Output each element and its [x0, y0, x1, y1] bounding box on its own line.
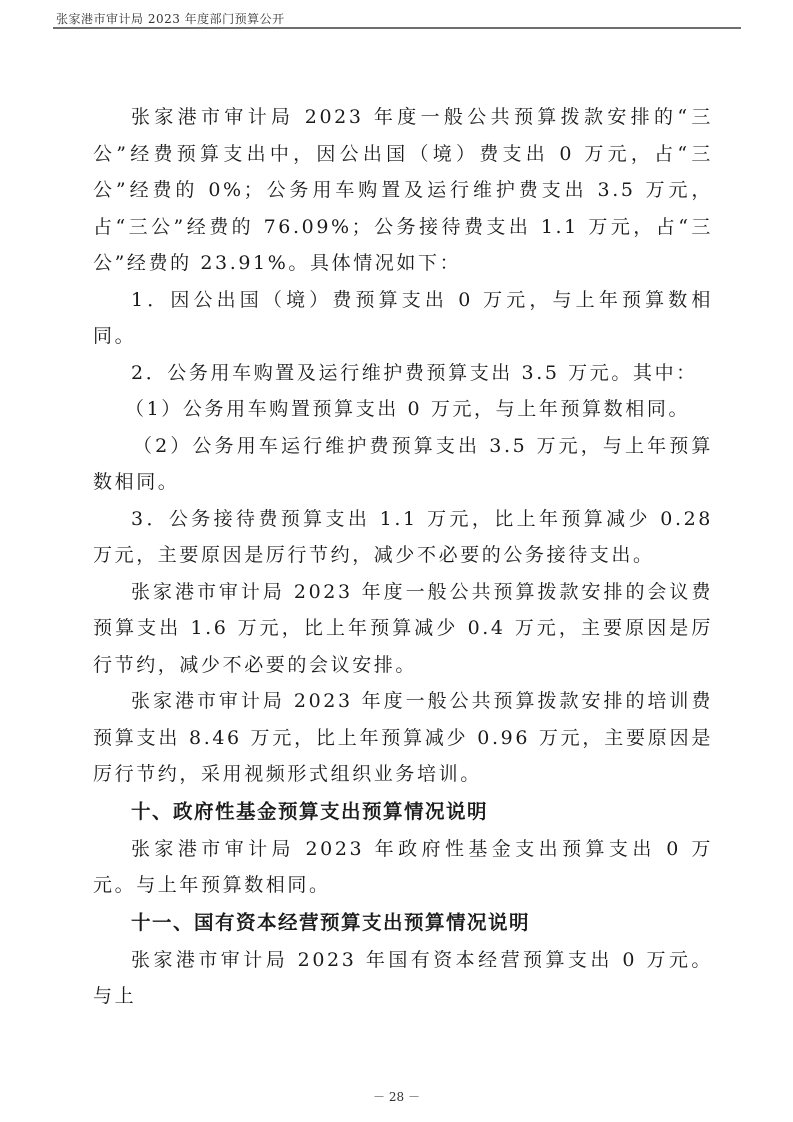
paragraph-item-2-1: （1）公务用车购置预算支出 0 万元，与上年预算数相同。 [93, 391, 713, 428]
page-number: － 28 － [0, 1088, 793, 1105]
paragraph-section-11: 张家港市审计局 2023 年国有资本经营预算支出 0 万元。与上 [93, 942, 713, 1015]
running-header: 张家港市审计局 2023 年度部门预算公开 [56, 10, 285, 27]
document-body: 张家港市审计局 2023 年度一般公共预算拨款安排的“三公”经费预算支出中，因公… [93, 99, 713, 1015]
paragraph-section-10: 张家港市审计局 2023 年政府性基金支出预算支出 0 万元。与上年预算数相同。 [93, 831, 713, 904]
paragraph-item-1: 1．因公出国（境）费预算支出 0 万元，与上年预算数相同。 [93, 282, 713, 355]
header-divider [53, 27, 741, 29]
paragraph-item-2: 2．公务用车购置及运行维护费预算支出 3.5 万元。其中： [93, 355, 713, 392]
paragraph-three-public-expenses: 张家港市审计局 2023 年度一般公共预算拨款安排的“三公”经费预算支出中，因公… [93, 99, 713, 282]
section-heading-10: 十、政府性基金预算支出预算情况说明 [93, 793, 713, 831]
section-heading-11: 十一、国有资本经营预算支出预算情况说明 [93, 904, 713, 942]
paragraph-training-expenses: 张家港市审计局 2023 年度一般公共预算拨款安排的培训费预算支出 8.46 万… [93, 683, 713, 793]
paragraph-item-2-2: （2）公务用车运行维护费预算支出 3.5 万元，与上年预算数相同。 [93, 428, 713, 501]
paragraph-meeting-expenses: 张家港市审计局 2023 年度一般公共预算拨款安排的会议费预算支出 1.6 万元… [93, 574, 713, 684]
paragraph-item-3: 3．公务接待费预算支出 1.1 万元，比上年预算减少 0.28 万元，主要原因是… [93, 501, 713, 574]
